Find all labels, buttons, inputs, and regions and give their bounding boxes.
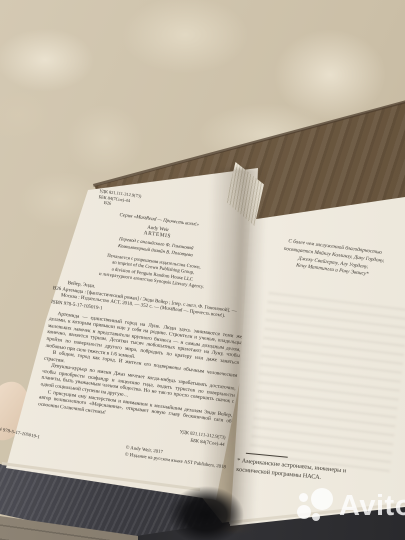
gutter-dark-fold xyxy=(168,486,244,540)
avito-watermark: Avito xyxy=(297,486,405,526)
ghost-text-overlay xyxy=(248,292,405,476)
book-photo: УДК 821.111-312.9(73) ББК 84(7Сое)-44 В2… xyxy=(0,0,405,540)
avito-wordmark: Avito xyxy=(339,492,405,521)
avito-logo-icon xyxy=(297,486,334,526)
